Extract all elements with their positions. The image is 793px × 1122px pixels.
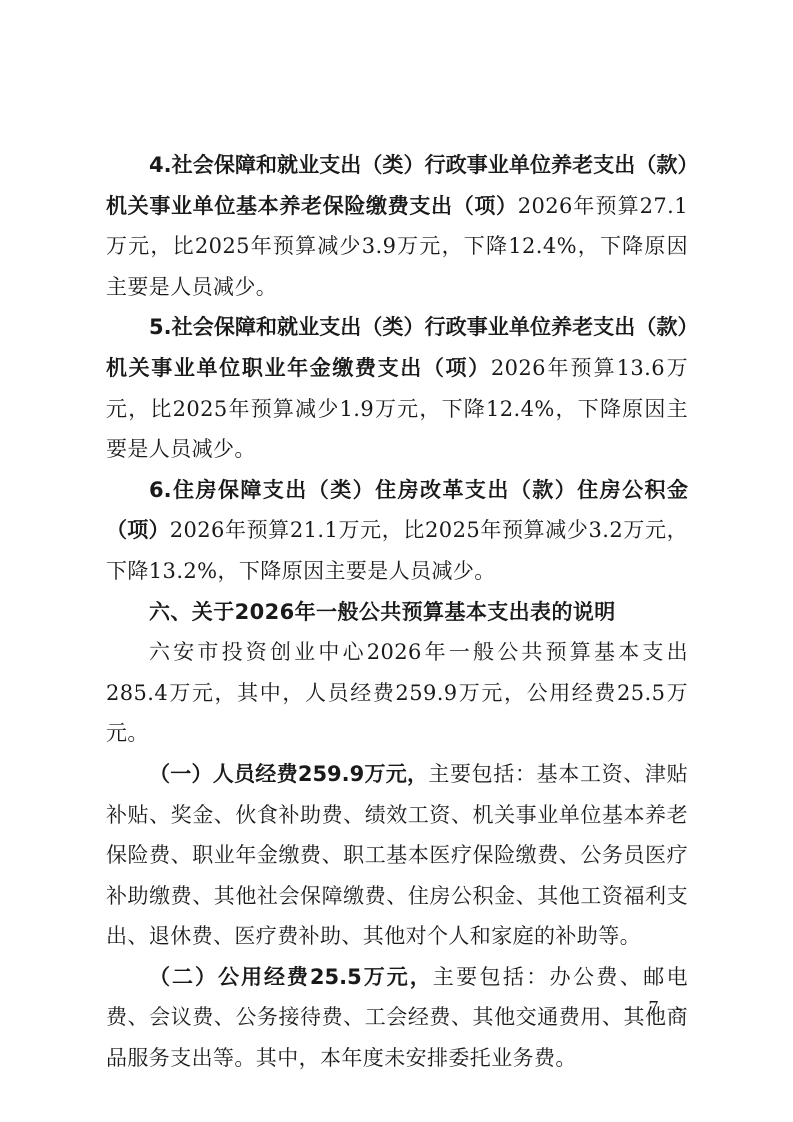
paragraph-public-cost: （二）公用经费25.5万元，主要包括：办公费、邮电费、会议费、公务接待费、工会经…: [106, 957, 688, 1079]
document-page: 4.社会保障和就业支出（类）行政事业单位养老支出（款）机关事业单位基本养老保险缴…: [106, 145, 688, 1079]
paragraph-intro: 六安市投资创业中心2026年一般公共预算基本支出285.4万元，其中，人员经费2…: [106, 632, 688, 754]
paragraph-pension-basic: 4.社会保障和就业支出（类）行政事业单位养老支出（款）机关事业单位基本养老保险缴…: [106, 145, 688, 307]
item-text: 主要包括：基本工资、津贴补贴、奖金、伙食补助费、绩效工资、机关事业单位基本养老保…: [106, 762, 688, 948]
item-text: 2026年预算21.1万元，比2025年预算减少3.2万元，下降13.2%，下降…: [106, 518, 688, 583]
item-title: （二）公用经费25.5万元，: [149, 965, 433, 989]
section-heading: 六、关于2026年一般公共预算基本支出表的说明: [106, 592, 688, 633]
page-number: - 7 -: [625, 997, 688, 1020]
paragraph-housing-fund: 6.住房保障支出（类）住房改革支出（款）住房公积金（项）2026年预算21.1万…: [106, 470, 688, 592]
item-title: （一）人员经费259.9万元，: [149, 762, 428, 786]
paragraph-pension-annuity: 5.社会保障和就业支出（类）行政事业单位养老支出（款）机关事业单位职业年金缴费支…: [106, 307, 688, 469]
paragraph-personnel-cost: （一）人员经费259.9万元，主要包括：基本工资、津贴补贴、奖金、伙食补助费、绩…: [106, 754, 688, 957]
